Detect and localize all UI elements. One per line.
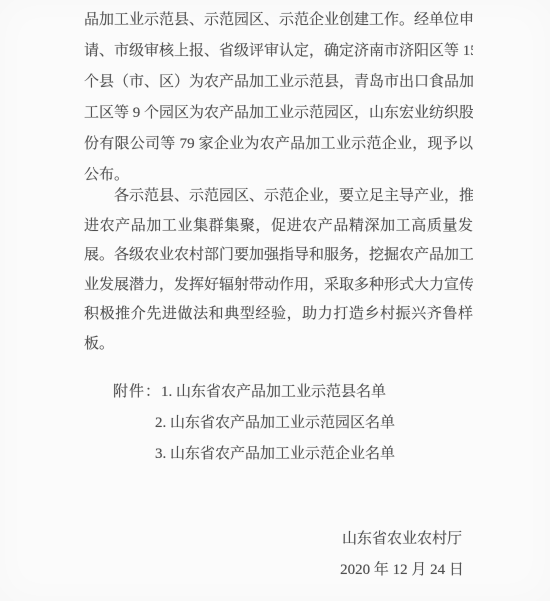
body-line: 请、市级审核上报、省级评审认定，确定济南市济阳区等 15 bbox=[84, 36, 473, 67]
attachments-label: 附件： bbox=[113, 384, 161, 400]
body-line: 工区等 9 个园区为农产品加工业示范园区，山东宏业纺织股 bbox=[84, 98, 473, 129]
attachments-section: 附件：1. 山东省农产品加工业示范县名单 2. 山东省农产品加工业示范园区名单 … bbox=[84, 377, 504, 470]
signature-block: 山东省农业农村厅 2020 年 12 月 24 日 bbox=[332, 524, 472, 586]
body-line: 积极推介先进做法和典型经验，助力打造乡村振兴齐鲁样 bbox=[84, 300, 473, 330]
body-line: 个县（市、区）为农产品加工业示范县，青岛市出口食品加 bbox=[84, 67, 473, 98]
paragraph-announcement: 品加工业示范县、示范园区、示范企业创建工作。经单位申 请、市级审核上报、省级评审… bbox=[84, 5, 473, 191]
issuer-name: 山东省农业农村厅 bbox=[332, 524, 472, 555]
body-line: 业发展潜力，发挥好辐射带动作用，采取多种形式大力宣传， bbox=[84, 271, 473, 301]
body-line: 展。各级农业农村部门要加强指导和服务，挖掘农产品加工 bbox=[84, 241, 473, 271]
body-line: 进农产品加工业集群集聚，促进农产品精深加工高质量发 bbox=[84, 212, 473, 242]
paragraph-requirements: 各示范县、示范园区、示范企业，要立足主导产业，推 进农产品加工业集群集聚，促进农… bbox=[84, 182, 473, 359]
body-line: 各示范县、示范园区、示范企业，要立足主导产业，推 bbox=[84, 182, 473, 212]
issue-date: 2020 年 12 月 24 日 bbox=[332, 555, 472, 586]
body-line: 份有限公司等 79 家企业为农产品加工业示范企业，现予以 bbox=[84, 129, 473, 160]
attachment-item: 3. 山东省农产品加工业示范企业名单 bbox=[155, 446, 395, 462]
document-page: 品加工业示范县、示范园区、示范企业创建工作。经单位申 请、市级审核上报、省级评审… bbox=[0, 0, 550, 601]
body-line: 板。 bbox=[84, 330, 473, 360]
attachment-item: 1. 山东省农产品加工业示范县名单 bbox=[161, 384, 386, 400]
body-line: 品加工业示范县、示范园区、示范企业创建工作。经单位申 bbox=[84, 5, 473, 36]
attachment-item: 2. 山东省农产品加工业示范园区名单 bbox=[155, 415, 395, 431]
